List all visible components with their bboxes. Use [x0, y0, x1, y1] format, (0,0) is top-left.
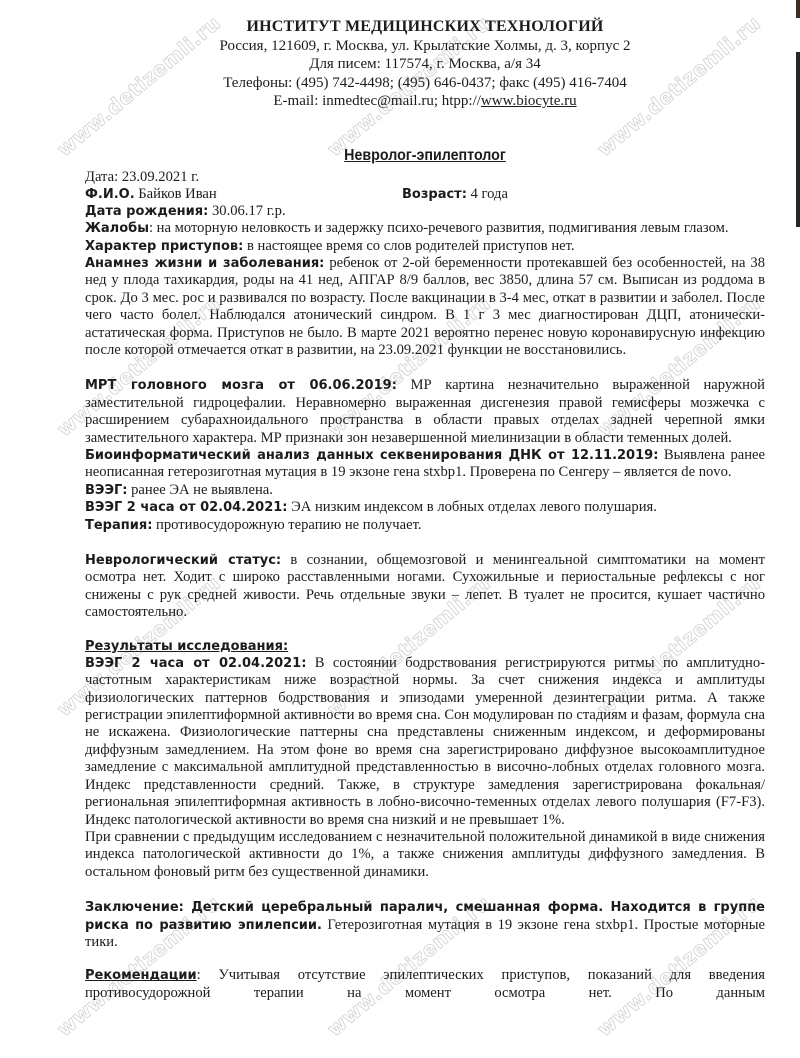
conclusion: Заключение: Детский церебральный паралич… [85, 899, 765, 951]
patient-line: Ф.И.О. Байков Иван Возраст: 4 года [85, 186, 765, 203]
seizures-label: Характер приступов: [85, 239, 243, 254]
results-heading: Результаты исследования: [85, 639, 288, 654]
name-label: Ф.И.О. [85, 187, 135, 202]
scan-edge [796, 0, 800, 18]
date-label: Дата: [85, 169, 118, 185]
veeg-2h: ВЭЭГ 2 часа от 02.04.2021: ЭА низким инд… [85, 499, 765, 516]
neuro-status-label: Неврологический статус: [85, 553, 281, 568]
results-heading-line: Результаты исследования: [85, 638, 765, 655]
anamnesis: Анамнез жизни и заболевания: ребенок от … [85, 255, 765, 359]
veeg-prior-text: ранее ЭА не выявлена. [127, 482, 272, 498]
recommendations-label: Рекомендации [85, 968, 197, 983]
results-veeg-text: В состоянии бодрствования регистрируются… [85, 655, 765, 828]
website-link[interactable]: www.biocyte.ru [481, 93, 577, 109]
conclusion-label: Заключение: [85, 900, 184, 915]
therapy-label: Терапия: [85, 518, 152, 533]
document-title: Невролог-эпилептолог [112, 147, 738, 165]
complaints-text: : на моторную неловкость и задержку псих… [149, 220, 729, 236]
letterhead: ИНСТИТУТ МЕДИЦИНСКИХ ТЕХНОЛОГИЙ Россия, … [85, 18, 765, 111]
patient-age: 4 года [471, 186, 508, 202]
neuro-status: Неврологический статус: в сознании, обще… [85, 552, 765, 622]
veeg-prior: ВЭЭГ: ранее ЭА не выявлена. [85, 482, 765, 499]
complaints-label: Жалобы [85, 221, 149, 236]
patient-name: Байков Иван [138, 186, 216, 202]
age-label: Возраст: [402, 187, 467, 202]
institute-address: Россия, 121609, г. Москва, ул. Крылатски… [85, 37, 765, 56]
recommendations: Рекомендации: Учитывая отсутствие эпилеп… [85, 967, 765, 1002]
birthdate-line: Дата рождения: 30.06.17 г.р. [85, 203, 765, 220]
results-comparison: При сравнении с предыдущим исследованием… [85, 829, 765, 881]
document-page: ИНСТИТУТ МЕДИЦИНСКИХ ТЕХНОЛОГИЙ Россия, … [85, 0, 765, 1002]
mri-label: МРТ головного мозга от 06.06.2019: [85, 378, 397, 393]
veeg-2h-label: ВЭЭГ 2 часа от 02.04.2021: [85, 500, 288, 515]
veeg-prior-label: ВЭЭГ: [85, 483, 127, 498]
results-veeg-label: ВЭЭГ 2 часа от 02.04.2021: [85, 656, 306, 671]
mail-address: Для писем: 117574, г. Москва, а/я 34 [85, 55, 765, 74]
phones: Телефоны: (495) 742-4498; (495) 646-0437… [85, 74, 765, 93]
therapy: Терапия: противосудорожную терапию не по… [85, 517, 765, 534]
institute-name: ИНСТИТУТ МЕДИЦИНСКИХ ТЕХНОЛОГИЙ [85, 18, 765, 37]
results-veeg: ВЭЭГ 2 часа от 02.04.2021: В состоянии б… [85, 655, 765, 829]
birthdate-value: 30.06.17 г.р. [212, 203, 286, 219]
date-line: Дата: 23.09.2021 г. [85, 169, 765, 186]
dna-label: Биоинформатический анализ данных секвени… [85, 448, 658, 463]
anamnesis-label: Анамнез жизни и заболевания: [85, 256, 324, 271]
complaints: Жалобы: на моторную неловкость и задержк… [85, 220, 765, 237]
scan-edge [796, 52, 800, 227]
mri: МРТ головного мозга от 06.06.2019: МР ка… [85, 377, 765, 447]
therapy-text: противосудорожную терапию не получает. [152, 517, 421, 533]
birthdate-label: Дата рождения: [85, 204, 208, 219]
seizures-text: в настоящее время со слов родителей прис… [243, 238, 574, 254]
dna-analysis: Биоинформатический анализ данных секвени… [85, 447, 765, 482]
date-value: 23.09.2021 г. [122, 169, 199, 185]
veeg-2h-text: ЭА низким индексом в лобных отделах лево… [288, 499, 657, 515]
seizures: Характер приступов: в настоящее время со… [85, 238, 765, 255]
email: E-mail: inmedtec@mail.ru; htpp:// [273, 93, 481, 109]
contacts: E-mail: inmedtec@mail.ru; htpp://www.bio… [85, 92, 765, 111]
